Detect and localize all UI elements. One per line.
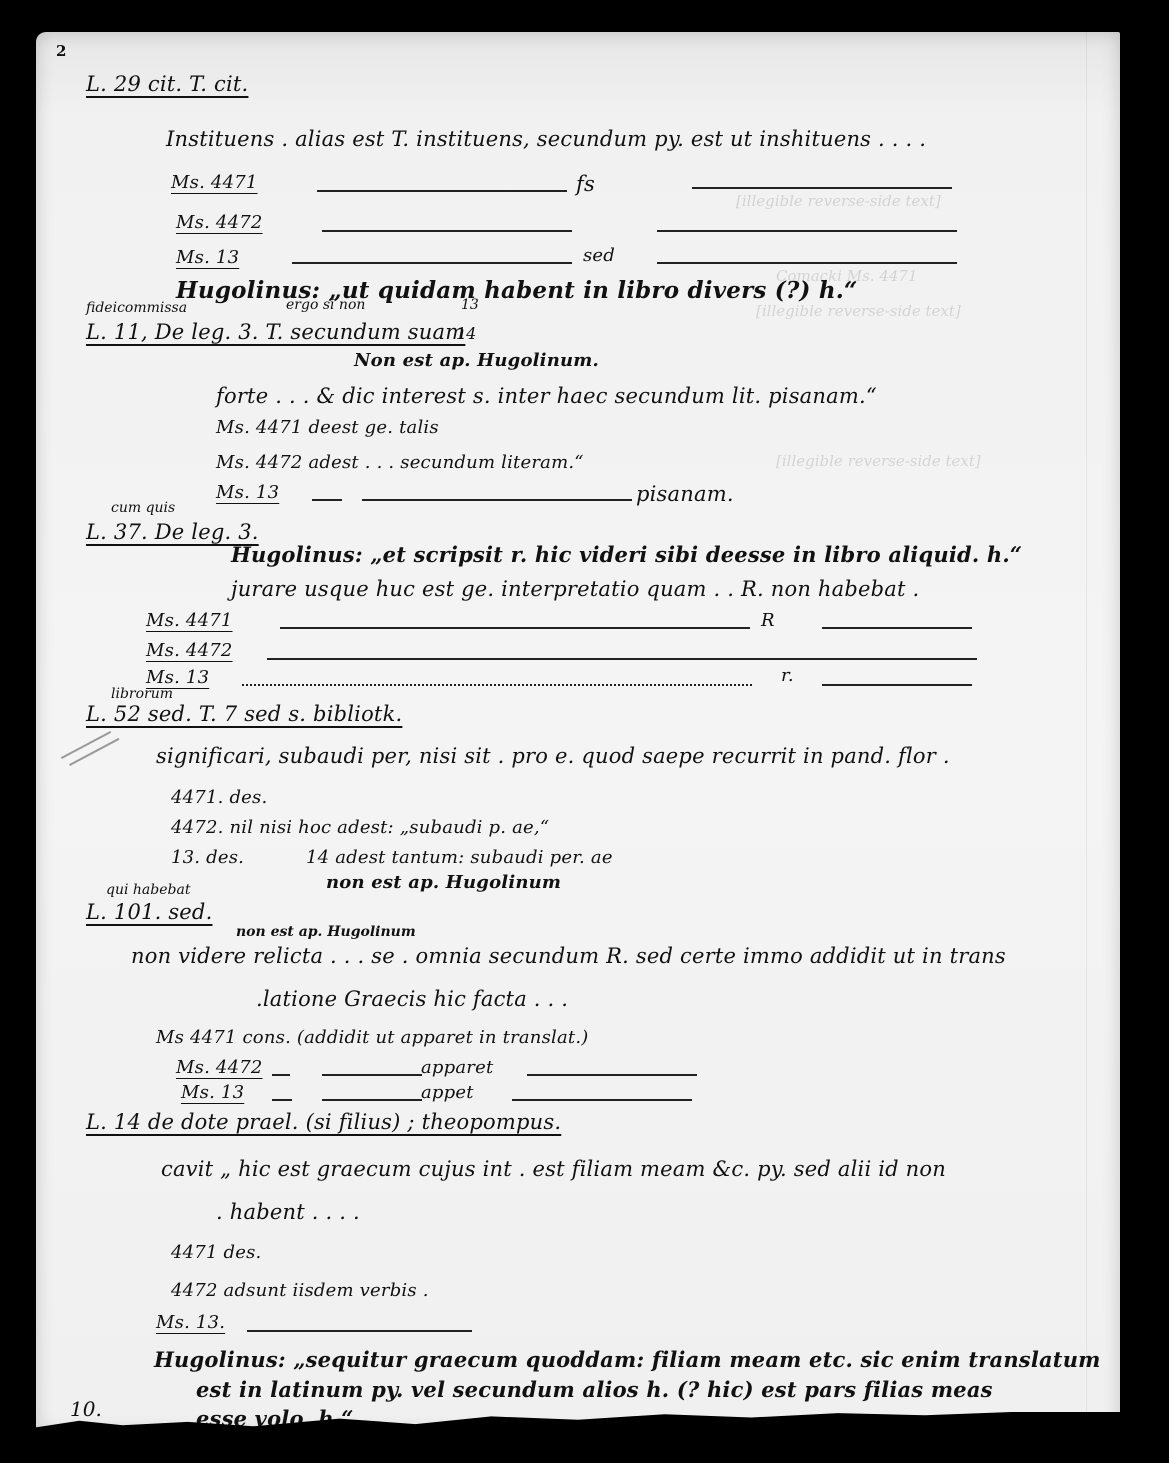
ms-label: Ms. 4472: [146, 640, 233, 661]
variant-reading: apparet: [421, 1057, 493, 1078]
ms-label: Ms. 4471: [146, 610, 233, 631]
interlinear-note: 14: [456, 324, 476, 343]
interlinear-note: non est ap. Hugolinum: [236, 924, 416, 940]
interlinear-note: fideicommissa: [86, 300, 187, 316]
text-line: Hugolinus: „sequitur graecum quoddam: fi…: [154, 1347, 1101, 1372]
collation-dash: [317, 190, 567, 192]
variant-reading: R: [761, 610, 775, 631]
collation-dash: [272, 1074, 290, 1076]
text-line: 14 adest tantum: subaudi per. ae: [306, 847, 613, 868]
variant-reading: fs: [576, 172, 595, 196]
text-line: significari, subaudi per, nisi sit . pro…: [156, 744, 950, 768]
collation-dash: [362, 499, 632, 501]
section-heading: L. 101. sed.: [86, 900, 212, 924]
ms-label: Ms. 13: [181, 1082, 244, 1103]
collation-dash: [322, 1099, 422, 1101]
text-line: .latione Graecis hic facta . . .: [256, 987, 568, 1011]
collation-dash: [512, 1099, 692, 1101]
collation-dash: [822, 627, 972, 629]
text-line: non videre relicta . . . se . omnia secu…: [131, 944, 1006, 968]
text-line: Ms. 4472 adest . . . secundum literam.“: [216, 452, 584, 473]
section-heading: L. 52 sed. T. 7 sed s. bibliotk.: [86, 702, 402, 726]
collation-dash: [267, 658, 977, 660]
page-fold-line: [1086, 32, 1087, 1432]
text-line: forte . . . & dic interest s. inter haec…: [216, 384, 877, 408]
ms-label: Ms. 13: [146, 667, 209, 688]
variant-reading: r.: [781, 665, 794, 686]
margin-stroke-mark: [61, 731, 111, 759]
bleed-through-text: [illegible reverse-side text]: [756, 302, 961, 320]
collation-dash: [322, 1074, 422, 1076]
interlinear-note: qui habebat: [106, 882, 190, 898]
collation-dash: [247, 1330, 472, 1332]
collation-dash: [527, 1074, 697, 1076]
text-line: Non est ap. Hugolinum.: [354, 350, 599, 371]
text-line: . habent . . . .: [216, 1200, 360, 1224]
bleed-through-text: [illegible reverse-side text]: [776, 452, 981, 470]
text-line: Ms 4471 cons. (addidit ut apparet in tra…: [156, 1027, 589, 1048]
collation-dash: [822, 684, 972, 686]
interlinear-note: cum quis: [111, 500, 175, 516]
text-line: 4472. nil nisi hoc adest: „subaudi p. ae…: [171, 817, 549, 838]
text-line: est in latinum py. vel secundum alios h.…: [196, 1377, 993, 1402]
section-heading: L. 14 de dote prael. (si filius) ; theop…: [86, 1110, 561, 1134]
text-line: 13. des.: [171, 847, 244, 868]
collation-dash: [657, 230, 957, 232]
section-heading: L. 11, De leg. 3. T. secundum suam: [86, 320, 465, 344]
ms-label: Ms. 13: [216, 482, 279, 503]
interlinear-note: non est ap. Hugolinum: [326, 872, 561, 893]
interlinear-note: 13: [461, 297, 479, 313]
section-heading: L. 37. De leg. 3.: [86, 520, 259, 544]
variant-reading: sed: [583, 245, 615, 266]
text-line: Hugolinus: „ut quidam habent in libro di…: [176, 277, 857, 304]
ms-label: Ms. 13.: [156, 1312, 225, 1333]
collation-dash: [242, 684, 752, 686]
variant-reading: pisanam.: [636, 482, 734, 506]
collation-dash: [272, 1099, 292, 1101]
collation-dash: [322, 230, 572, 232]
margin-number: 10.: [70, 1397, 102, 1421]
text-line: 4471 des.: [171, 1242, 261, 1263]
interlinear-note: ergo si non: [286, 297, 365, 313]
collation-dash: [280, 627, 750, 629]
collation-dash: [292, 262, 572, 264]
section-heading: L. 29 cit. T. cit.: [86, 72, 248, 96]
interlinear-note: librorum: [111, 686, 173, 702]
text-line: Hugolinus: „et scripsit r. hic videri si…: [231, 542, 1022, 567]
ms-label: Ms. 4472: [176, 1057, 263, 1078]
text-line: Ms. 4471 deest ge. talis: [216, 417, 439, 438]
collation-dash: [692, 187, 952, 189]
text-line: Instituens . alias est T. instituens, se…: [166, 127, 926, 151]
ms-label: Ms. 13: [176, 247, 239, 268]
variant-reading: appet: [421, 1082, 474, 1103]
text-line: jurare usque huc est ge. interpretatio q…: [231, 577, 919, 601]
ms-label: Ms. 4472: [176, 212, 263, 233]
text-line: cavit „ hic est graecum cujus int . est …: [161, 1157, 946, 1181]
page-number: 2: [56, 42, 66, 60]
bleed-through-text: [illegible reverse-side text]: [736, 192, 941, 210]
text-line: 4471. des.: [171, 787, 267, 808]
ms-label: Ms. 4471: [171, 172, 258, 193]
text-line: esse volo. h.“: [196, 1406, 354, 1431]
collation-dash: [312, 499, 342, 501]
text-line: 4472 adsunt iisdem verbis .: [171, 1280, 429, 1301]
collation-dash: [657, 262, 957, 264]
manuscript-page: [illegible reverse-side text] Comacki Ms…: [36, 32, 1120, 1432]
